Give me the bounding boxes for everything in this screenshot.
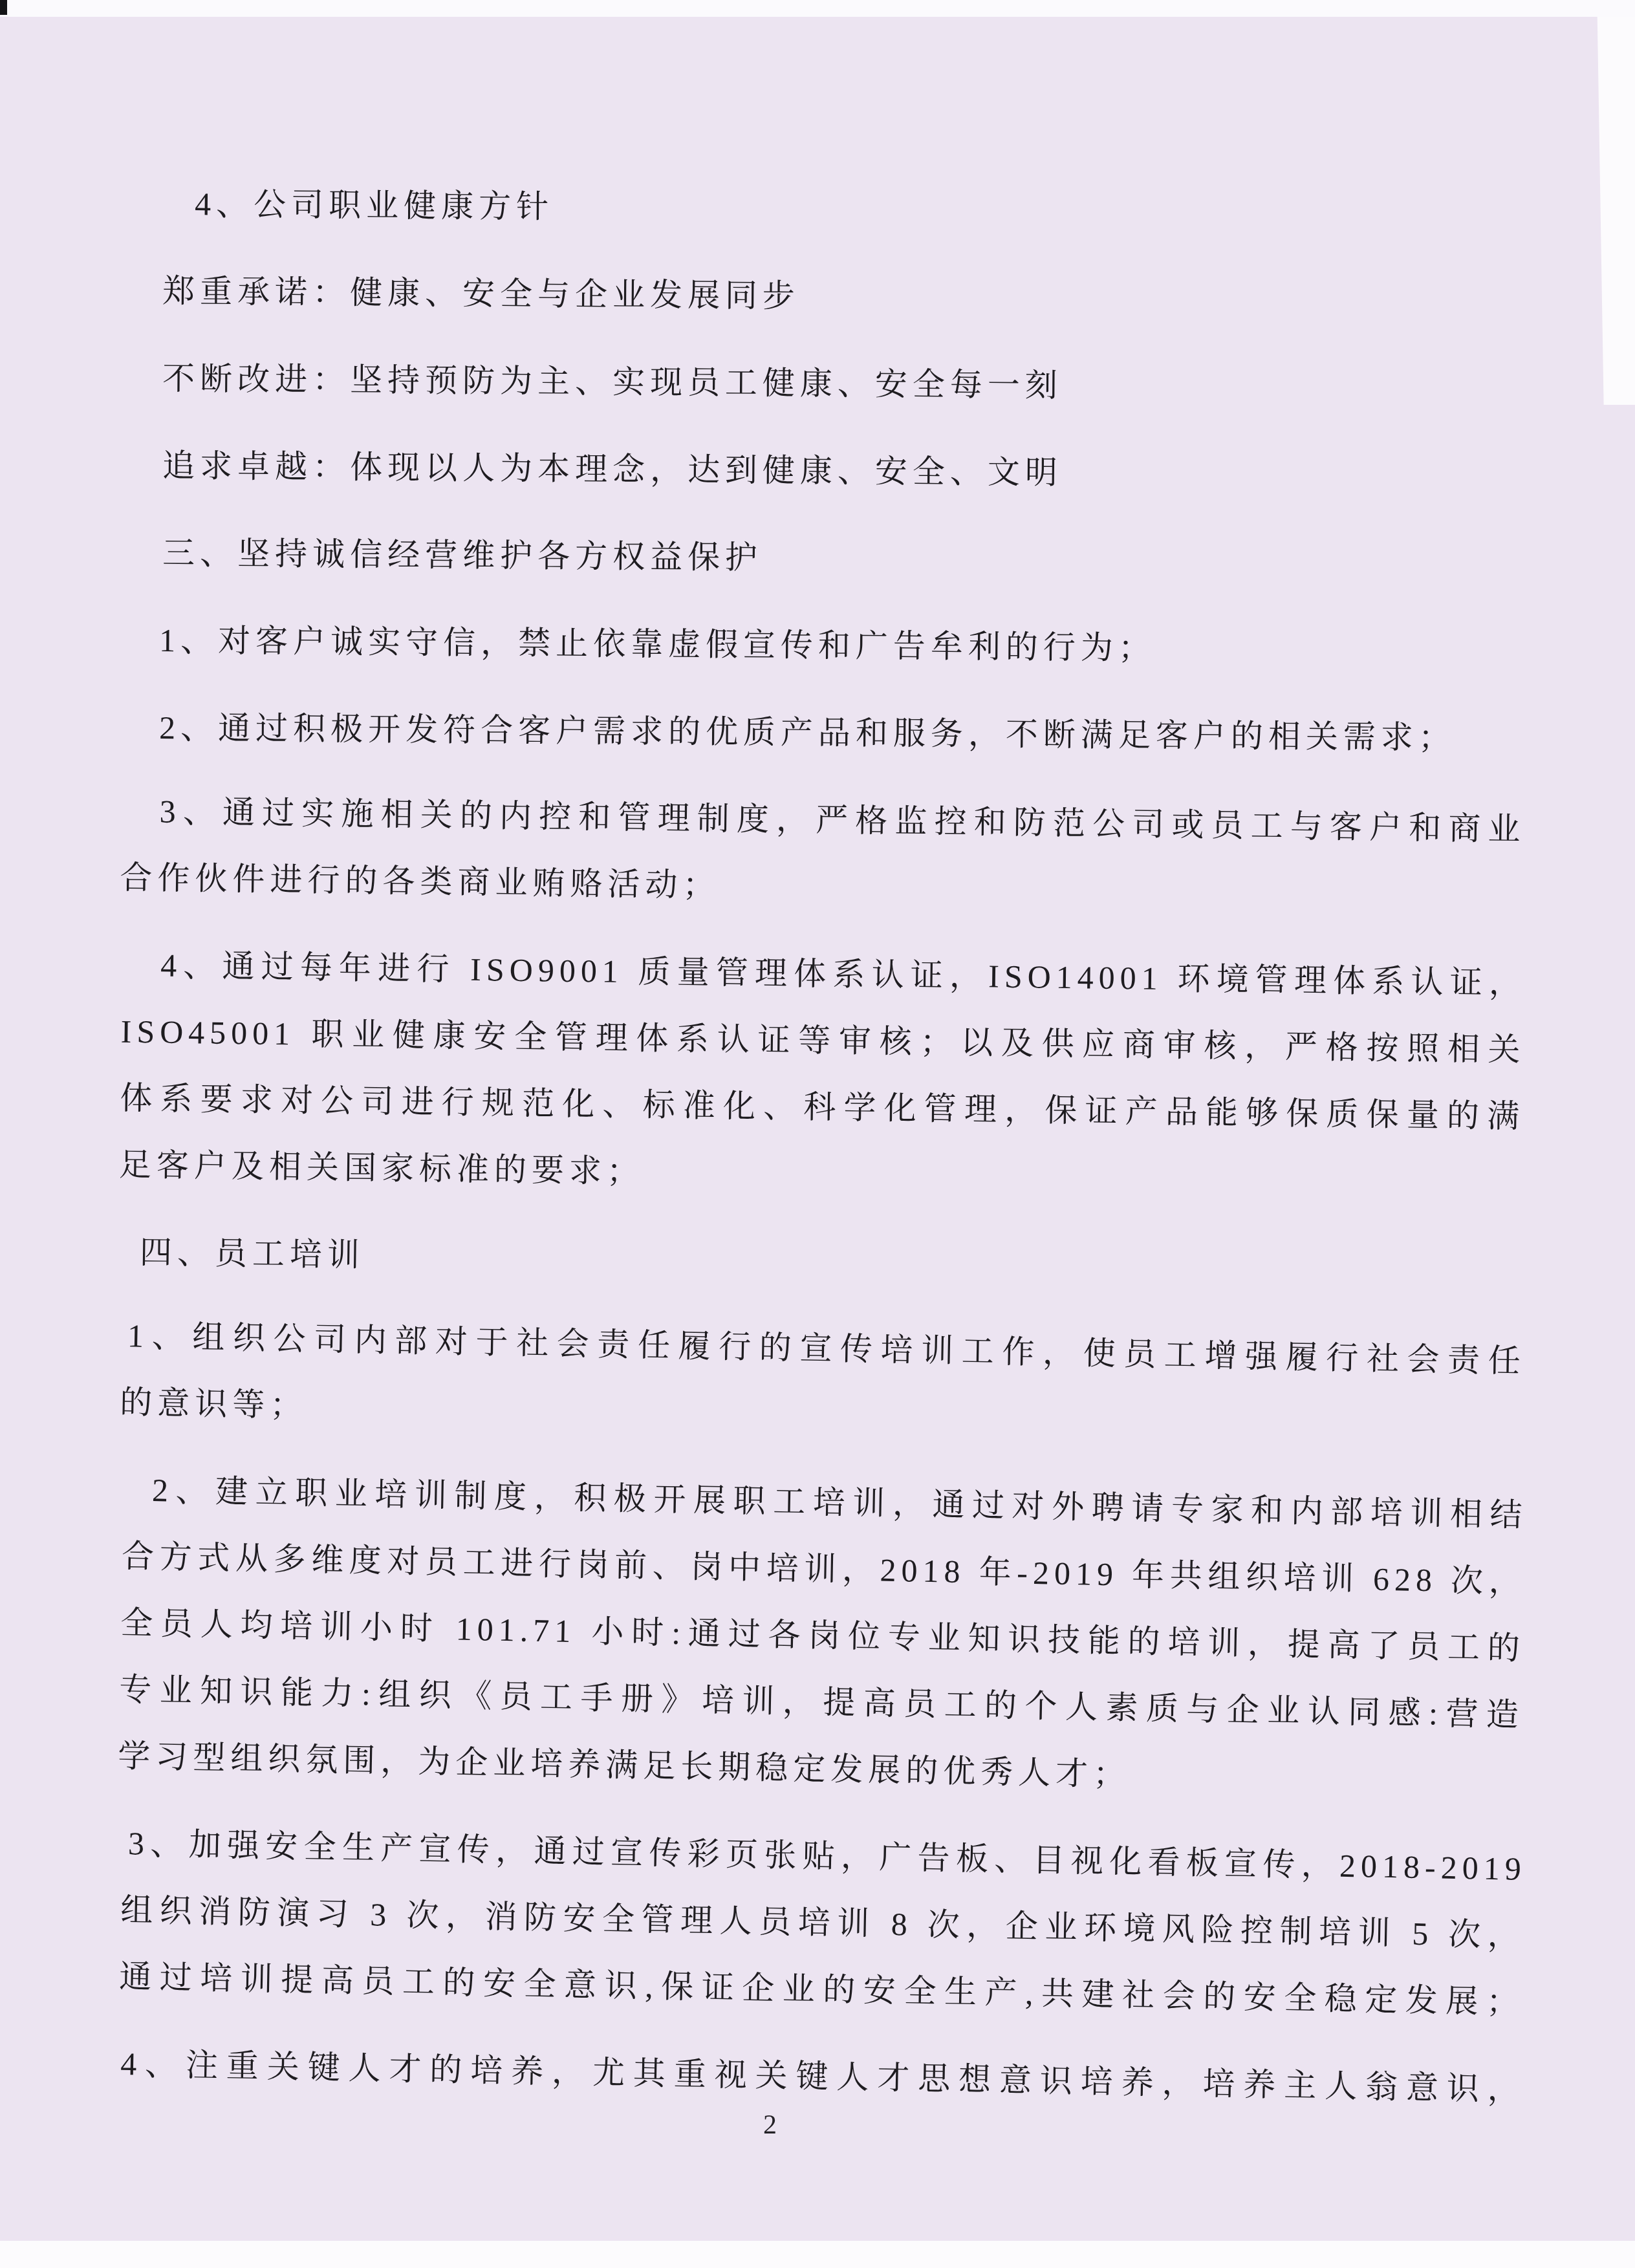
paragraph-improvement: 不断改进：坚持预防为主、实现员工健康、安全每一刻 <box>120 345 1526 422</box>
paragraph-training-item-1: 1、组织公司内部对于社会责任履行的宣传培训工作，使员工增强履行社会责任 的意识等… <box>119 1302 1526 1462</box>
section-heading-training: 四、员工培训 <box>120 1219 1525 1304</box>
paragraph-integrity-item-1: 1、对客户诚实守信，禁止依靠虚假宣传和广告牟利的行为； <box>120 607 1526 684</box>
paragraph-integrity-item-3: 3、通过实施相关的内控和管理制度，严格监控和防范公司或员工与客户和商业 合作伙件… <box>120 778 1526 929</box>
paragraph-training-item-4: 4、注重关键人才的培养，尤其重视关键人才思想意识培养，培养主人翁意识， <box>120 2031 1526 2123</box>
text-line: 2、通过积极开发符合客户需求的优质产品和服务，不断满足客户的相关需求； <box>120 694 1526 772</box>
text-line: 三、坚持诚信经营维护各方权益保护 <box>120 519 1526 597</box>
page-content: 4、公司职业健康方针 郑重承诺：健康、安全与企业发展同步 不断改进：坚持预防为主… <box>0 0 1635 2131</box>
paragraph-integrity-item-2: 2、通过积极开发符合客户需求的优质产品和服务，不断满足客户的相关需求； <box>120 694 1526 772</box>
text-line: 4、公司职业健康方针 <box>120 170 1526 248</box>
text-line: 1、对客户诚实守信，禁止依靠虚假宣传和广告牟利的行为； <box>120 607 1526 684</box>
text-line: 四、员工培训 <box>120 1219 1525 1304</box>
document-page: 4、公司职业健康方针 郑重承诺：健康、安全与企业发展同步 不断改进：坚持预防为主… <box>0 0 1635 2268</box>
text-line: 追求卓越：体现以人为本理念，达到健康、安全、文明 <box>120 432 1526 510</box>
text-line: 4、注重关键人才的培养，尤其重视关键人才思想意识培养，培养主人翁意识， <box>120 2031 1526 2123</box>
paragraph-health-policy-heading: 4、公司职业健康方针 <box>120 170 1526 248</box>
page-number: 2 <box>763 2110 777 2141</box>
text-line: 郑重承诺：健康、安全与企业发展同步 <box>120 257 1526 335</box>
paragraph-training-item-2: 2、建立职业培训制度，积极开展职工培训，通过对外聘请专家和内部培训相结 合方式从… <box>117 1456 1528 1815</box>
paragraph-integrity-item-4: 4、通过每年进行 ISO9001 质量管理体系认证，ISO14001 环境管理体… <box>118 932 1526 1216</box>
scanner-edge-bottom <box>0 2241 1635 2268</box>
text-line: 不断改进：坚持预防为主、实现员工健康、安全每一刻 <box>120 345 1526 422</box>
paragraph-excellence: 追求卓越：体现以人为本理念，达到健康、安全、文明 <box>120 432 1526 510</box>
section-heading-integrity: 三、坚持诚信经营维护各方权益保护 <box>120 519 1526 597</box>
paragraph-commitment: 郑重承诺：健康、安全与企业发展同步 <box>120 257 1526 335</box>
paragraph-training-item-3: 3、加强安全生产宣传，通过宣传彩页张贴，广告板、目视化看板宣传，2018-201… <box>118 1810 1526 2036</box>
